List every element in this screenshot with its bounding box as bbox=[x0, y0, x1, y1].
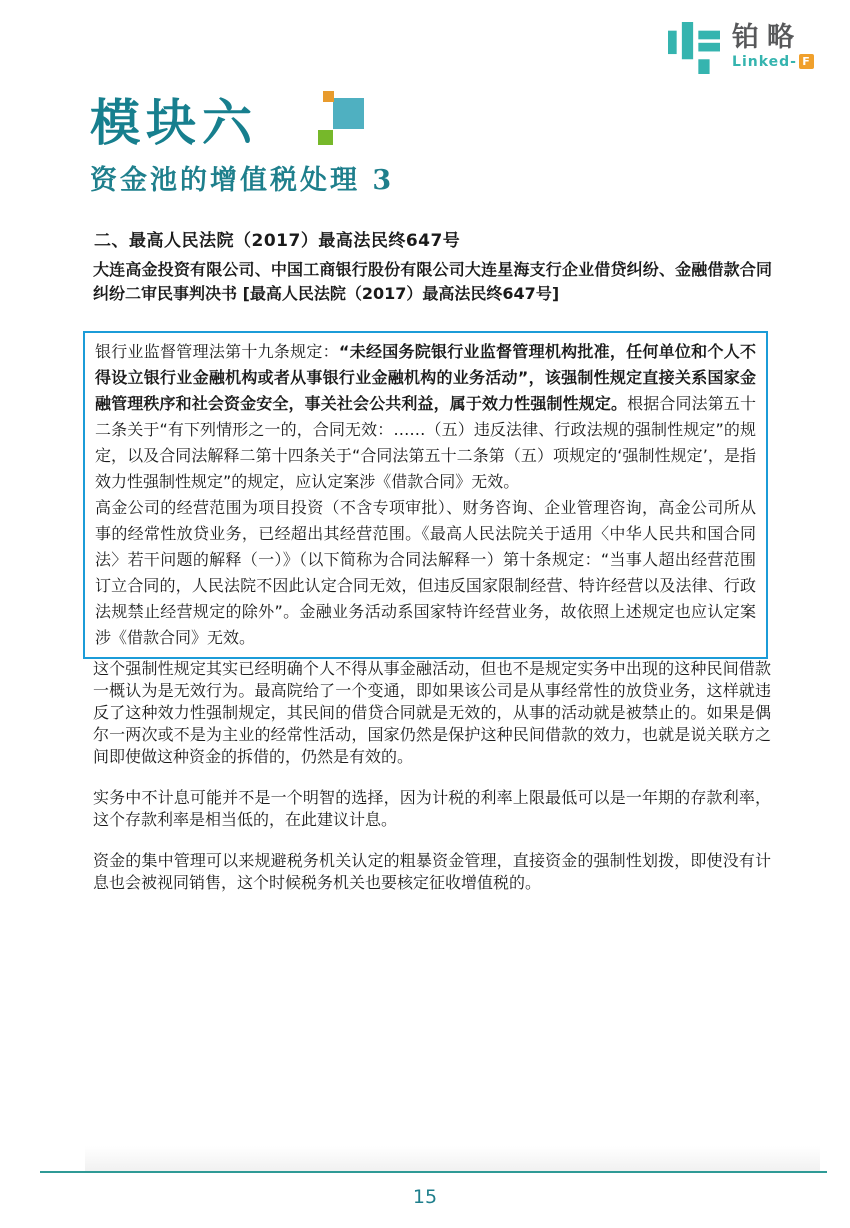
ruling-p1-lead: 银行业监督管理法第十九条规定： bbox=[95, 342, 339, 361]
footer-shade-band bbox=[85, 1146, 820, 1171]
commentary-paragraph-1: 这个强制性规定其实已经明确个人不得从事金融活动，但也不是规定实务中出现的这种民间… bbox=[93, 658, 771, 768]
commentary-paragraph-3: 资金的集中管理可以来规避税务机关认定的粗暴资金管理，直接资金的强制性划拨，即使没… bbox=[93, 850, 771, 894]
ruling-paragraph-2: 高金公司的经营范围为项目投资（不含专项审批）、财务咨询、企业管理咨询，高金公司所… bbox=[95, 495, 756, 651]
case-title: 大连高金投资有限公司、中国工商银行股份有限公司大连星海支行企业借贷纠纷、金融借款… bbox=[93, 258, 772, 306]
brand-logo-text: 铂略 Linked- F bbox=[732, 22, 814, 69]
footer-divider bbox=[40, 1171, 827, 1173]
ruling-paragraph-1: 银行业监督管理法第十九条规定：“未经国务院银行业监督管理机构批准，任何单位和个人… bbox=[95, 339, 756, 495]
document-page: 铂略 Linked- F 模块六 资金池的增值税处理 3 二、最高人民法院（20… bbox=[0, 0, 850, 1228]
brand-name-cn: 铂略 bbox=[732, 22, 814, 53]
deco-square-green-icon bbox=[318, 130, 333, 145]
brand-f-badge: F bbox=[799, 54, 814, 69]
brand-logo: 铂略 Linked- F bbox=[666, 22, 814, 74]
commentary-paragraph-2: 实务中不计息可能并不是一个明智的选择，因为计税的利率上限最低可以是一年期的存款利… bbox=[93, 787, 771, 831]
ruling-quote-box: 银行业监督管理法第十九条规定：“未经国务院银行业监督管理机构批准，任何单位和个人… bbox=[83, 331, 768, 659]
page-title: 模块六 bbox=[90, 92, 258, 155]
deco-square-orange-icon bbox=[323, 91, 334, 102]
deco-square-teal-icon bbox=[333, 98, 364, 129]
page-number: 15 bbox=[0, 1186, 850, 1208]
linked-f-logo-icon bbox=[666, 22, 722, 74]
page-subtitle: 资金池的增值税处理 3 bbox=[90, 158, 394, 197]
brand-name-en: Linked- F bbox=[732, 54, 814, 69]
section-heading: 二、最高人民法院（2017）最高法民终647号 bbox=[94, 226, 460, 251]
brand-name-en-prefix: Linked- bbox=[732, 55, 797, 69]
